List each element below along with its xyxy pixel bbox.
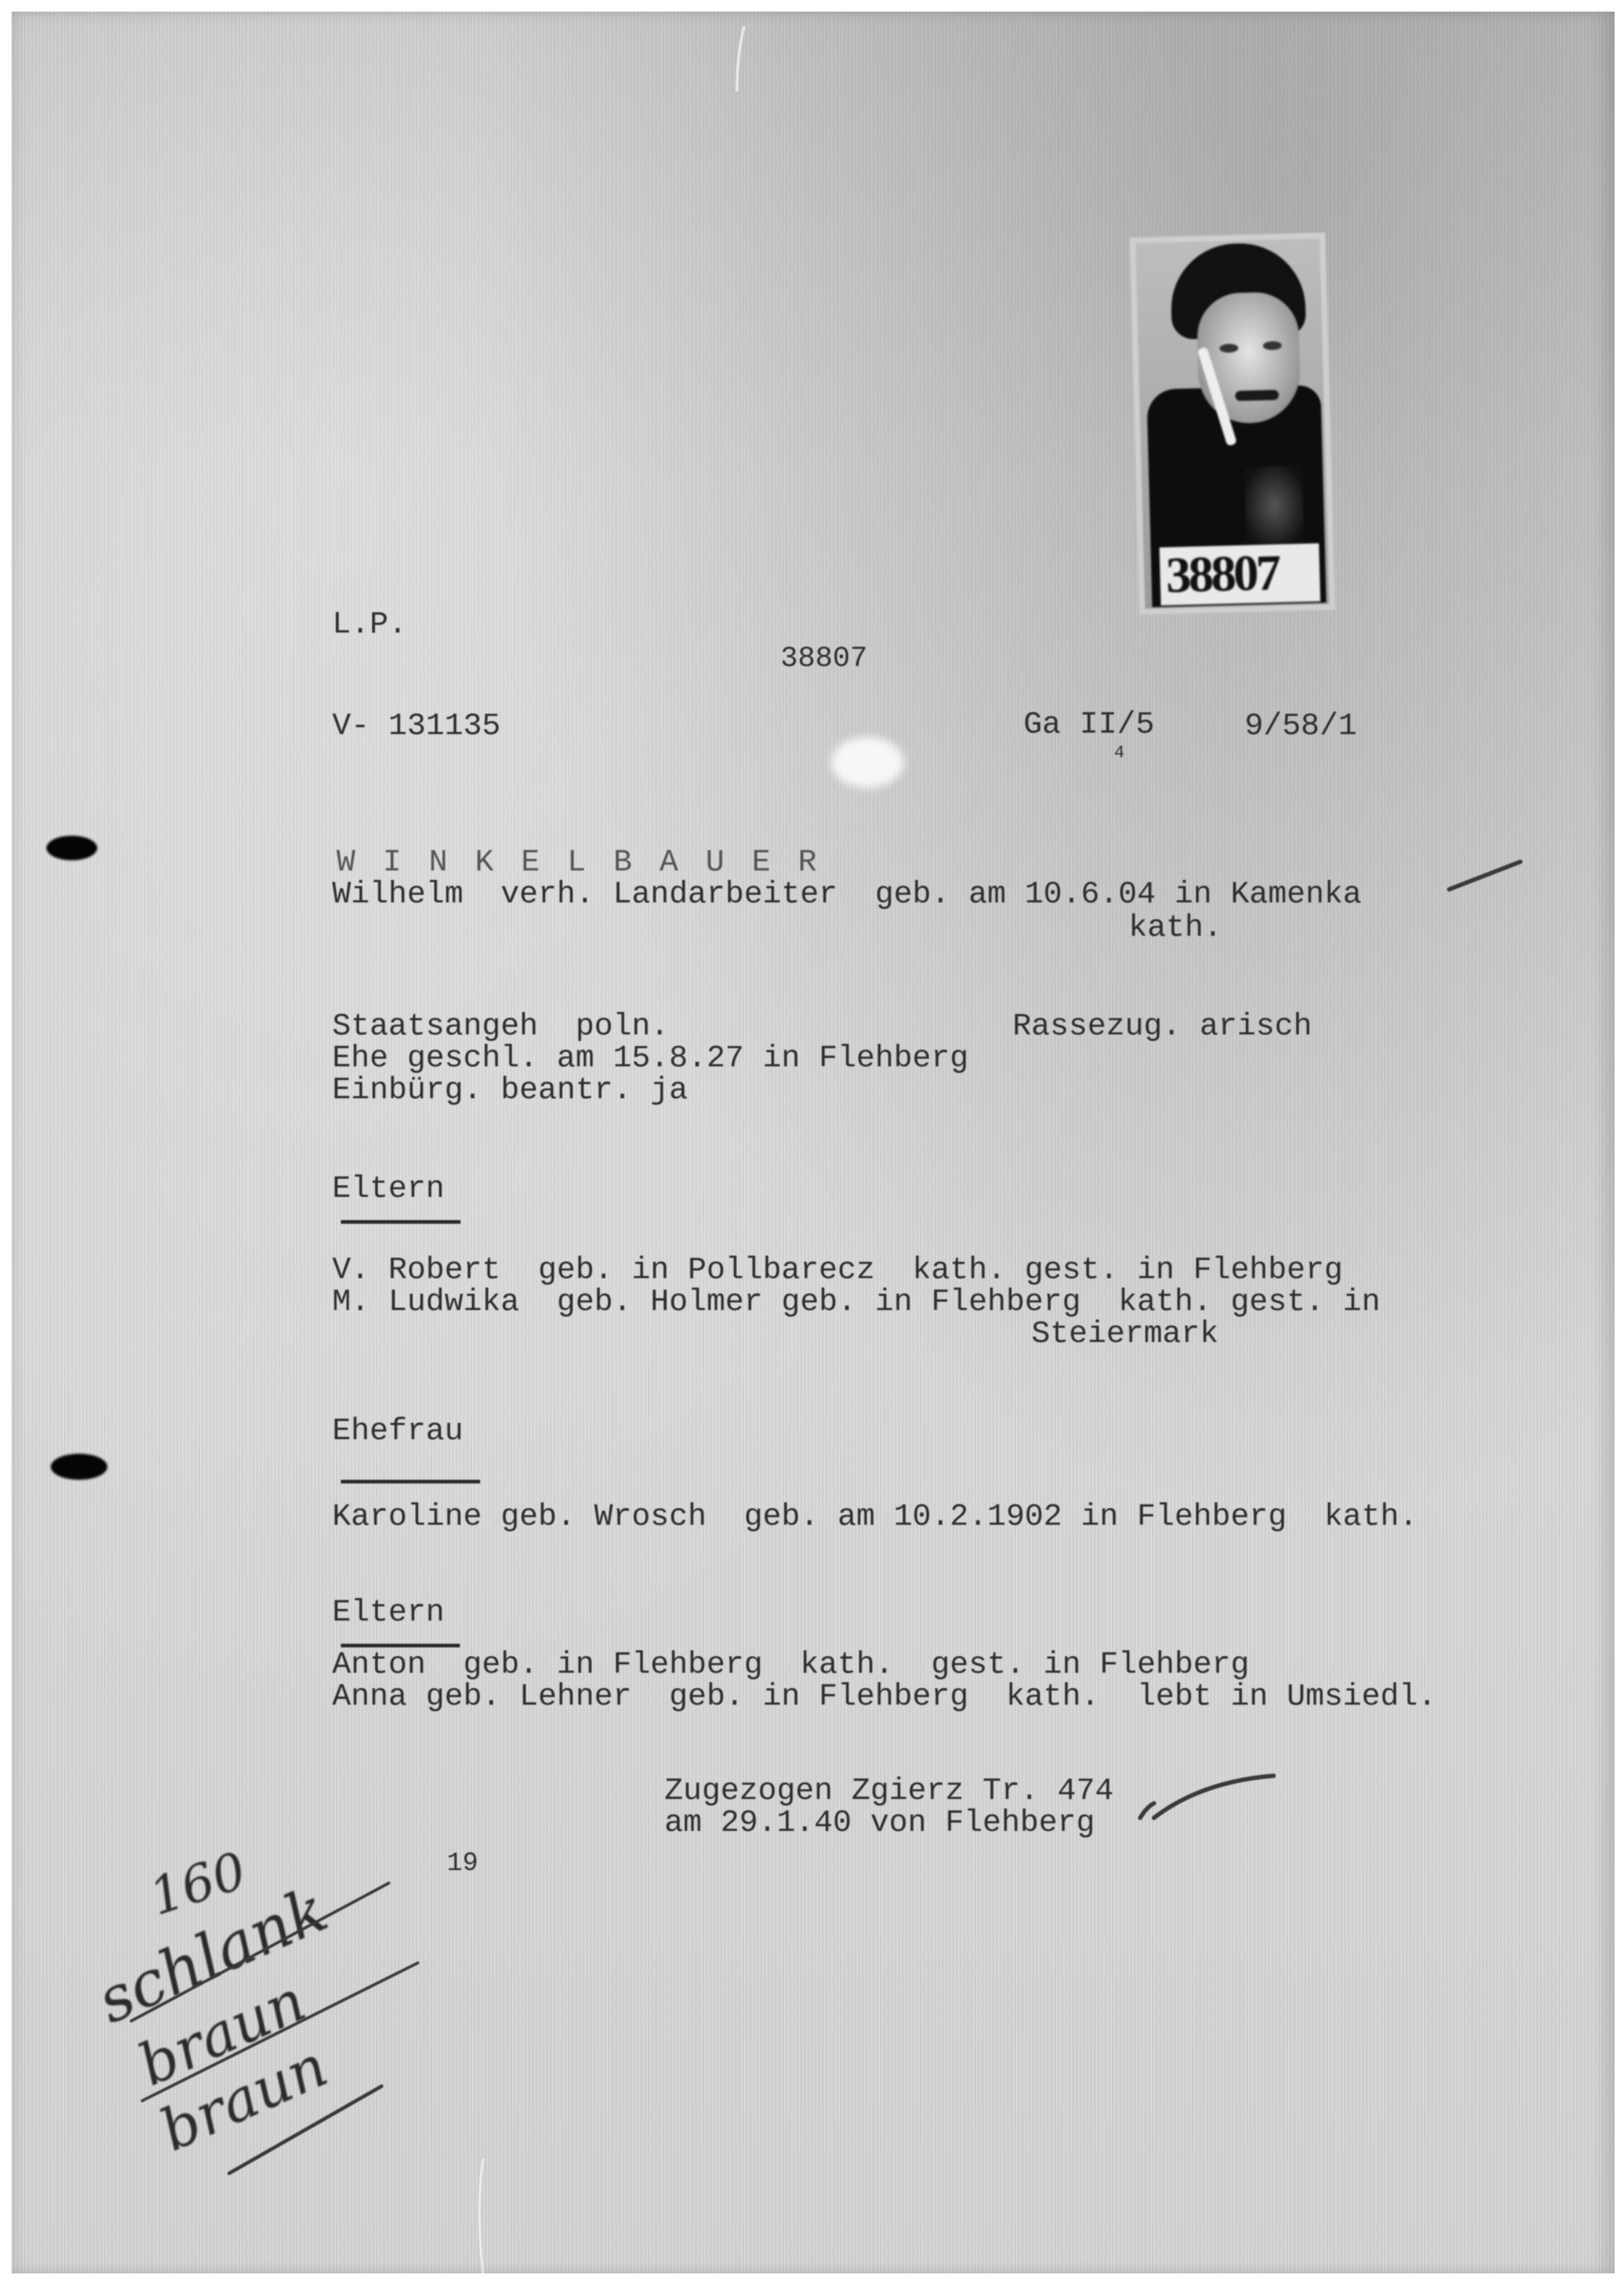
check-stroke [1449, 862, 1520, 889]
pen-marks [12, 12, 1615, 2273]
scanned-document-page: 38807 L.P. 38807 V- 131135 Ga II/5 4 9/5… [12, 12, 1615, 2273]
checkmark-icon [1140, 1776, 1274, 1818]
